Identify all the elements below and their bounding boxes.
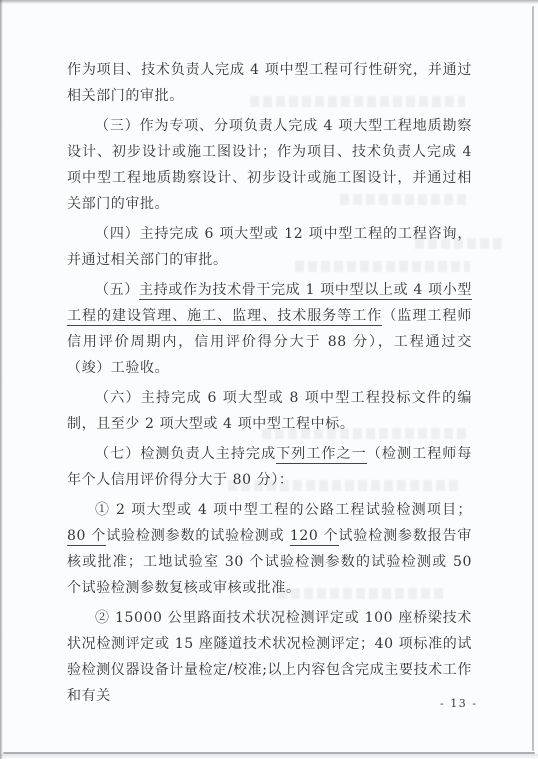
document-body: 作为项目、技术负责人完成 4 项中型工程可行性研究，并通过相关部门的审批。（三）…	[67, 0, 472, 713]
page-edge-left	[0, 0, 3, 759]
text-run: ① 2 项大型或 4 项中型工程的公路工程试验检测项目；	[95, 502, 472, 518]
page-number: - 13 -	[440, 697, 477, 710]
paragraph: 作为项目、技术负责人完成 4 项中型工程可行性研究，并通过相关部门的审批。	[67, 57, 472, 109]
paragraph: （六）主持完成 6 项大型或 8 项中型工程投标文件的编制，且至少 2 项大型或…	[67, 385, 472, 437]
text-run: ② 15000 公里路面技术状况检测评定或 100 座桥梁技术状况检测评定或 1…	[67, 610, 472, 704]
paragraph: （七）检测负责人主持完成下列工作之一（检测工程师每年个人信用评价得分大于 80 …	[67, 441, 472, 493]
text-run: （七）检测负责人主持完成	[95, 446, 276, 462]
page-edge-right	[532, 6, 534, 751]
paragraph: ② 15000 公里路面技术状况检测评定或 100 座桥梁技术状况检测评定或 1…	[67, 605, 472, 709]
paragraph: （四）主持完成 6 项大型或 12 项中型工程的工程咨询，并通过相关部门的审批。	[67, 221, 472, 273]
underlined-text: 120 个	[290, 528, 339, 546]
text-run: （六）主持完成 6 项大型或 8 项中型工程投标文件的编制，且至少 2 项大型或…	[67, 390, 472, 432]
page-edge-bottom-shadow	[0, 754, 538, 759]
text-run: （五）	[95, 282, 139, 298]
paragraph: （五）主持或作为技术骨干完成 1 项中型以上或 4 项小型工程的建设管理、施工、…	[67, 277, 472, 381]
text-run: （四）主持完成 6 项大型或 12 项中型工程的工程咨询，并通过相关部门的审批。	[67, 226, 472, 268]
text-run: （三）作为专项、分项负责人完成 4 项大型工程地质勘察设计、初步设计或施工图设计…	[67, 118, 472, 212]
underlined-text: 80 个	[67, 528, 106, 546]
text-run: 试验检测参数的试验检测或	[106, 528, 290, 544]
paragraph: ① 2 项大型或 4 项中型工程的公路工程试验检测项目；80 个试验检测参数的试…	[67, 497, 472, 601]
paragraph: （三）作为专项、分项负责人完成 4 项大型工程地质勘察设计、初步设计或施工图设计…	[67, 113, 472, 217]
page-edge-bottom	[3, 752, 535, 754]
underlined-text: 下列工作之一	[276, 446, 367, 464]
text-run: 作为项目、技术负责人完成 4 项中型工程可行性研究，并通过相关部门的审批。	[67, 62, 472, 104]
document-page: 作为项目、技术负责人完成 4 项中型工程可行性研究，并通过相关部门的审批。（三）…	[0, 0, 538, 759]
